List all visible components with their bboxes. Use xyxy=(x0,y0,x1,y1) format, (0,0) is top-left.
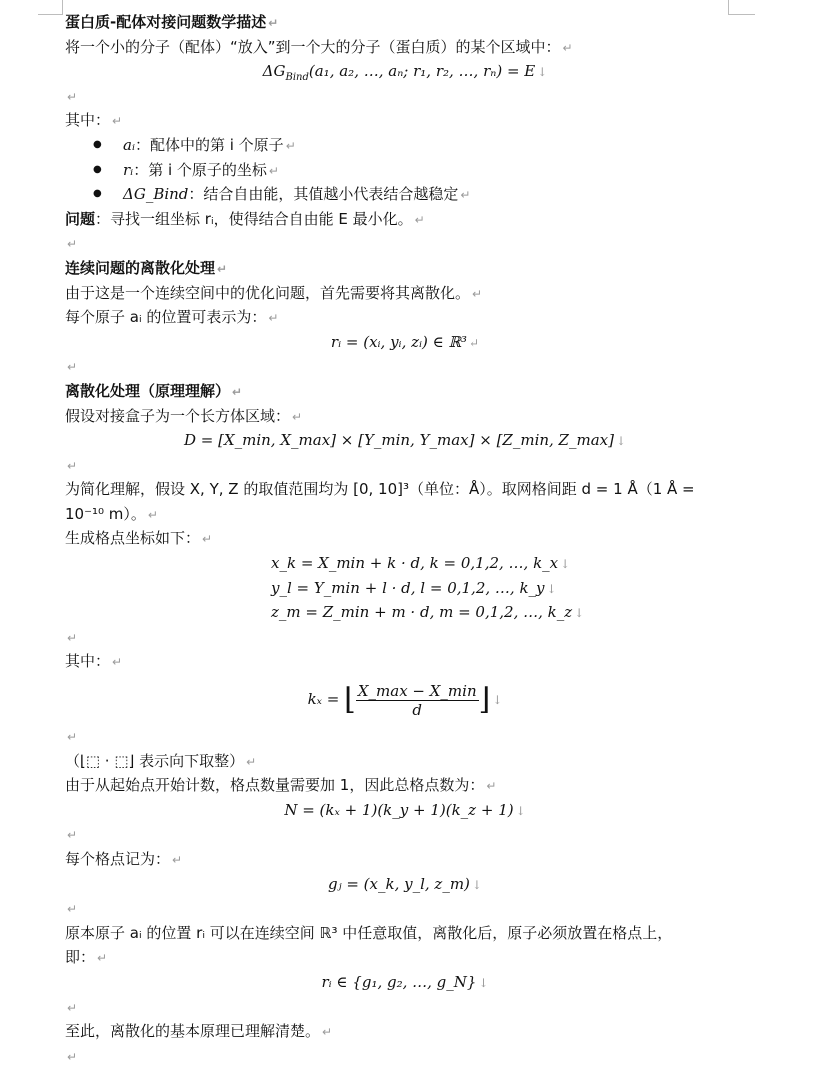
equation-kx-floor: kₓ = ⌊X_max − X_mind⌋↓ xyxy=(65,674,745,724)
page-corner-mark-left xyxy=(38,0,63,15)
paragraph: 每个原子 aᵢ 的位置可表示为：↵ xyxy=(65,305,745,330)
paragraph-range-cont: 10⁻¹⁰ m）。↵ xyxy=(65,502,745,527)
paragraph-constraint-cont: 即：↵ xyxy=(65,945,745,970)
equation-binding-energy: ΔGBind(a₁, a₂, …, aₙ; r₁, r₂, …, rₙ) = E… xyxy=(65,59,745,84)
problem-statement: 问题：寻找一组坐标 rᵢ，使得结合自由能 E 最小化。↵ xyxy=(65,207,745,232)
equation-grid-x: x_k = X_min + k · d, k = 0,1,2, …, k_x↓ xyxy=(65,551,745,576)
paragraph: 生成格点坐标如下：↵ xyxy=(65,526,745,551)
bullet-item-atom: aᵢ：配体中的第 i 个原子↵ xyxy=(65,133,745,158)
section-heading-principle: 离散化处理（原理理解）↵ xyxy=(65,379,745,404)
bullet-item-free-energy: ΔG_Bind：结合自由能，其值越小代表结合越稳定↵ xyxy=(65,182,745,207)
empty-paragraph: ↵ xyxy=(65,625,745,650)
paragraph: 假设对接盒子为一个长方体区域：↵ xyxy=(65,404,745,429)
conclusion: 至此，离散化的基本原理已理解清楚。↵ xyxy=(65,1019,745,1044)
where-label: 其中：↵ xyxy=(65,649,745,674)
section-heading-discretization: 连续问题的离散化处理↵ xyxy=(65,256,745,281)
paragraph-constraint: 原本原子 aᵢ 的位置 rᵢ 可以在连续空间 ℝ³ 中任意取值，离散化后，原子必… xyxy=(65,921,745,946)
empty-paragraph: ↵ xyxy=(65,896,745,921)
empty-paragraph: ↵ xyxy=(65,995,745,1020)
empty-paragraph: ↵ xyxy=(65,724,745,749)
equation-docking-box: D = [X_min, X_max] × [Y_min, Y_max] × [Z… xyxy=(65,428,745,453)
paragraph: 由于从起始点开始计数，格点数量需要加 1，因此总格点数为：↵ xyxy=(65,773,745,798)
equation-grid-z: z_m = Z_min + m · d, m = 0,1,2, …, k_z↓ xyxy=(65,600,745,625)
equation-grid-point: gⱼ = (x_k, y_l, z_m)↓ xyxy=(65,872,745,897)
empty-paragraph: ↵ xyxy=(65,354,745,379)
empty-paragraph: ↵ xyxy=(65,231,745,256)
floor-note: （⌊⬚ · ⬚⌋ 表示向下取整）↵ xyxy=(65,749,745,774)
where-label: 其中：↵ xyxy=(65,108,745,133)
empty-paragraph: ↵ xyxy=(65,84,745,109)
equation-total-count: N = (kₓ + 1)(k_y + 1)(k_z + 1)↓ xyxy=(65,798,745,823)
equation-position: rᵢ = (xᵢ, yᵢ, zᵢ) ∈ ℝ³↵ xyxy=(65,330,745,355)
empty-paragraph: ↵ xyxy=(65,453,745,478)
paragraph: 由于这是一个连续空间中的优化问题，首先需要将其离散化。↵ xyxy=(65,281,745,306)
equation-membership: rᵢ ∈ {g₁, g₂, …, g_N}↓ xyxy=(65,970,745,995)
empty-paragraph: ↵ xyxy=(65,822,745,847)
equation-grid-y: y_l = Y_min + l · d, l = 0,1,2, …, k_y↓ xyxy=(65,576,745,601)
document-title: 蛋白质-配体对接问题数学描述↵ xyxy=(65,10,745,35)
paragraph: 每个格点记为：↵ xyxy=(65,847,745,872)
bullet-item-coordinate: rᵢ：第 i 个原子的坐标↵ xyxy=(65,158,745,183)
intro-paragraph: 将一个小的分子（配体）“放入”到一个大的分子（蛋白质）的某个区域中：↵ xyxy=(65,35,745,60)
empty-paragraph: ↵ xyxy=(65,1044,745,1069)
document-page[interactable]: 蛋白质-配体对接问题数学描述↵ 将一个小的分子（配体）“放入”到一个大的分子（蛋… xyxy=(65,10,745,1068)
paragraph-range: 为简化理解，假设 X, Y, Z 的取值范围均为 [0, 10]³（单位：Å）。… xyxy=(65,477,745,502)
